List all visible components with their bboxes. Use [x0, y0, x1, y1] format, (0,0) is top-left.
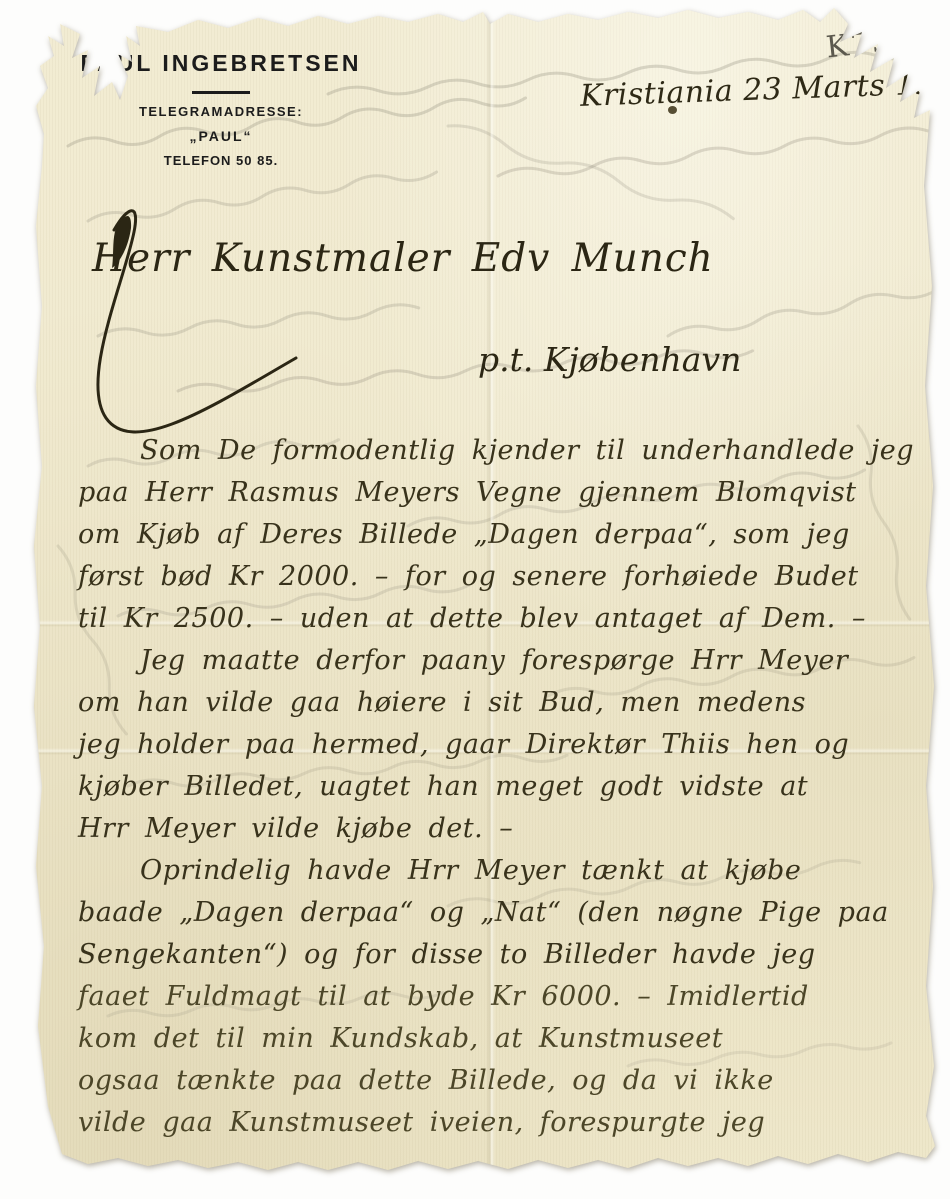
letter-line: kom det til min Kundskab, at Kunstmuseet [78, 1018, 924, 1060]
letterhead-telegram-label: TELEGRAMADRESSE: [75, 104, 367, 119]
letter-line: om han vilde gaa høiere i sit Bud, men m… [78, 682, 924, 724]
letter-line: Som De formodentlig kjender til underhan… [78, 430, 924, 472]
letter-line: Oprindelig havde Hrr Meyer tænkt at kjøb… [78, 850, 924, 892]
letterhead-telephone: TELEFON 50 85. [75, 153, 367, 168]
letter-body: Som De formodentlig kjender til underhan… [78, 430, 924, 1144]
letter-line: Sengekanten“) og for disse to Billeder h… [78, 934, 924, 976]
letter-paper: PAUL INGEBRETSEN TELEGRAMADRESSE: „PAUL“… [28, 6, 936, 1172]
letterhead-divider [192, 91, 250, 94]
letter-line: først bød Kr 2000. – for og senere forhø… [78, 556, 924, 598]
letter-line: paa Herr Rasmus Meyers Vegne gjennem Blo… [78, 472, 924, 514]
letter-line: vilde gaa Kunstmuseet iveien, forespurgt… [78, 1102, 924, 1144]
bleedthrough-squiggle [667, 283, 936, 341]
letter-line: Hrr Meyer vilde kjøbe det. – [78, 808, 924, 850]
letterhead-name: PAUL INGEBRETSEN [75, 50, 367, 77]
letter-line: kjøber Billedet, uagtet han meget godt v… [78, 766, 924, 808]
paper-wrapper: PAUL INGEBRETSEN TELEGRAMADRESSE: „PAUL“… [28, 6, 936, 1172]
bleedthrough-squiggle [98, 303, 420, 341]
letterhead: PAUL INGEBRETSEN TELEGRAMADRESSE: „PAUL“… [75, 50, 367, 168]
scanned-letter: PAUL INGEBRETSEN TELEGRAMADRESSE: „PAUL“… [0, 0, 950, 1199]
ink-blot [668, 106, 677, 114]
letter-line: Jeg maatte derfor paany forespørge Hrr M… [78, 640, 924, 682]
letter-line: baade „Dagen derpaa“ og „Nat“ (den nøgne… [78, 892, 924, 934]
bleedthrough-squiggle [497, 126, 928, 181]
letter-line: faaet Fuldmagt til at byde Kr 6000. – Im… [78, 976, 924, 1018]
letter-line: jeg holder paa hermed, gaar Direktør Thi… [78, 724, 924, 766]
letterhead-telegram-name: „PAUL“ [75, 128, 367, 144]
letter-line: om Kjøb af Deres Billede „Dagen derpaa“,… [78, 514, 924, 556]
recipient-location: p.t. Kjøbenhavn [478, 340, 741, 379]
letter-line: ogsaa tænkte paa dette Billede, og da vi… [78, 1060, 924, 1102]
letter-line: til Kr 2500. – uden at dette blev antage… [78, 598, 924, 640]
bleedthrough-squiggle [87, 167, 437, 226]
recipient-name: Herr Kunstmaler Edv Munch [92, 236, 714, 281]
